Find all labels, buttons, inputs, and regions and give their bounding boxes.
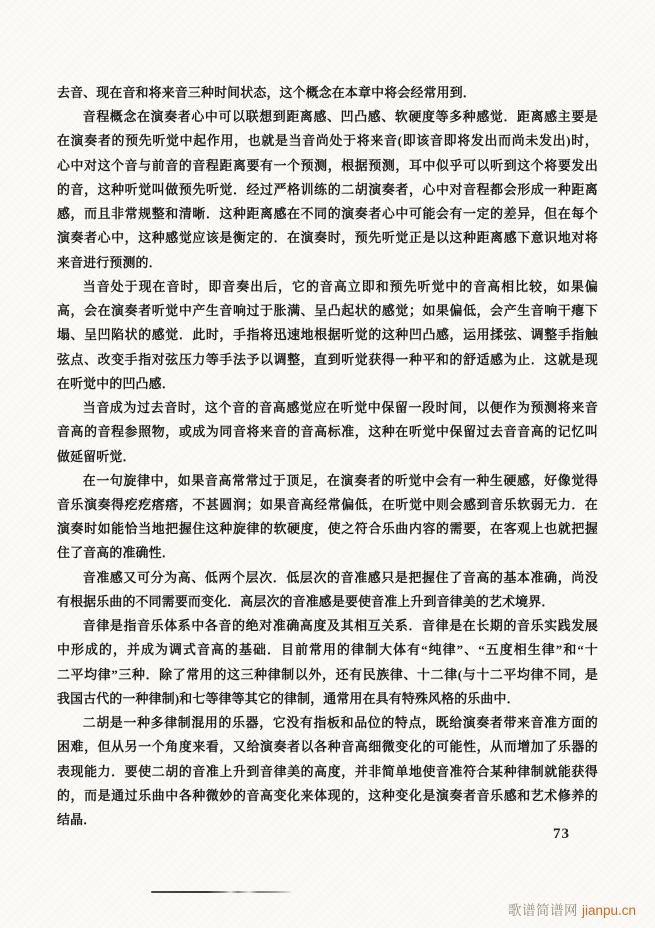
text-line: 音准感又可分为高、低两个层次．低层次的音准感只是把握住了音高的基本准确，尚没 (57, 566, 598, 590)
text-line: 心中对这个音与前音的音程距离要有一个预测，根据预测，耳中似乎可以听到这个将要发出 (57, 154, 598, 178)
text-line: 有根据乐曲的不同需要而变化．高层次的音准感是要使音准上升到音律美的艺术境界． (57, 590, 598, 614)
text-line: 音律是指音乐体系中各音的绝对准确高度及其相互关系．音律是在长期的音乐实践发展 (57, 614, 598, 638)
text-line: 我国古代的一种律制)和七等律等其它的律制，通常用在具有特殊风格的乐曲中． (57, 687, 598, 711)
watermark-site-url: jianpu.cn (582, 903, 636, 918)
text-line: 演奏时如能恰当地把握住这种旋律的软硬度，使之符合乐曲内容的需要，在客观上也就把握 (57, 517, 598, 541)
watermark: 歌谱简谱网jianpu.cn (508, 899, 636, 919)
text-line: 的音，这种听觉叫做预先听觉．经过严格训练的二胡演奏者，心中对音程都会形成一种距离 (57, 178, 598, 202)
text-line: 做延留听觉． (57, 445, 598, 469)
text-line: 塌、呈凹陷状的感觉．此时，手指将迅速地根据听觉的这种凹凸感，运用揉弦、调整手指触 (57, 323, 598, 347)
text-line: 来音进行预测的． (57, 251, 598, 275)
text-line: 表现能力．要使二胡的音准上升到音律美的高度，并非简单地使音准符合某种律制就能获得 (57, 760, 598, 784)
text-line: 弦点、改变手指对弦压力等手法予以调整，直到听觉获得一种平和的舒适感为止．这就是现 (57, 348, 598, 372)
text-line: 音乐演奏得疙疙瘩瘩，不甚圆润；如果音高经常偏低，在听觉中则会感到音乐软弱无力．在 (57, 493, 598, 517)
text-line: 当音成为过去音时，这个音的音高感觉应在听觉中保留一段时间，以便作为预测将来音 (57, 396, 598, 420)
text-line: 在一句旋律中，如果音高常常过于顶足，在演奏者的听觉中会有一种生硬感，好像觉得 (57, 469, 598, 493)
text-line: 演奏者心中，这种感觉应该是衡定的．在演奏时，预先听觉正是以这种距离感下意识地对将 (57, 226, 598, 250)
text-line: 感，而且非常规整和清晰．这种距离感在不同的演奏者心中可能会有一定的差异，但在每个 (57, 202, 598, 226)
scanned-book-page: 去音、现在音和将来音三种时间状态，这个概念在本章中将会经常用到．音程概念在演奏者… (0, 0, 655, 928)
text-line: 住了音高的准确性． (57, 541, 598, 565)
watermark-site-name: 歌谱简谱网 (508, 903, 578, 918)
text-line: 在演奏者的预先听觉中起作用，也就是当音尚处于将来音(即该音即将发出而尚未发出)时… (57, 129, 598, 153)
footer-divider-line (151, 891, 291, 893)
text-line: 高，会在演奏者听觉中产生音响过于胀满、呈凸起状的感觉；如果偏低，会产生音响干瘪下 (57, 299, 598, 323)
text-line: 的，而是通过乐曲中各种微妙的音高变化来体现的，这种变化是演奏者音乐感和艺术修养的 (57, 784, 598, 808)
text-line: 音程概念在演奏者心中可以联想到距离感、凹凸感、软硬度等多种感觉．距离感主要是 (57, 105, 598, 129)
text-line: 去音、现在音和将来音三种时间状态，这个概念在本章中将会经常用到． (57, 81, 598, 105)
text-line: 结晶． (57, 808, 598, 832)
text-line: 中形成的，并成为调式音高的基础．目前常用的律制大体有“纯律”、“五度相生律”和“… (57, 638, 598, 662)
body-text: 去音、现在音和将来音三种时间状态，这个概念在本章中将会经常用到．音程概念在演奏者… (57, 81, 598, 832)
text-line: 当音处于现在音时，即音奏出后，它的音高立即和预先听觉中的音高相比较，如果偏 (57, 275, 598, 299)
text-line: 音高的音程参照物，或成为同音将来音的音高标准，这种在听觉中保留过去音音高的记忆叫 (57, 420, 598, 444)
text-line: 困难，但从另一个角度来看，又给演奏者以各种音高细微变化的可能性，从而增加了乐器的 (57, 735, 598, 759)
text-line: 二胡是一种多律制混用的乐器，它没有指板和品位的特点，既给演奏者带来音准方面的 (57, 711, 598, 735)
text-line: 二平均律”三种．除了常用的这三种律制以外，还有民族律、十二律(与十二平均律不同，… (57, 663, 598, 687)
text-line: 在听觉中的凹凸感． (57, 372, 598, 396)
page-number: 73 (553, 826, 570, 843)
